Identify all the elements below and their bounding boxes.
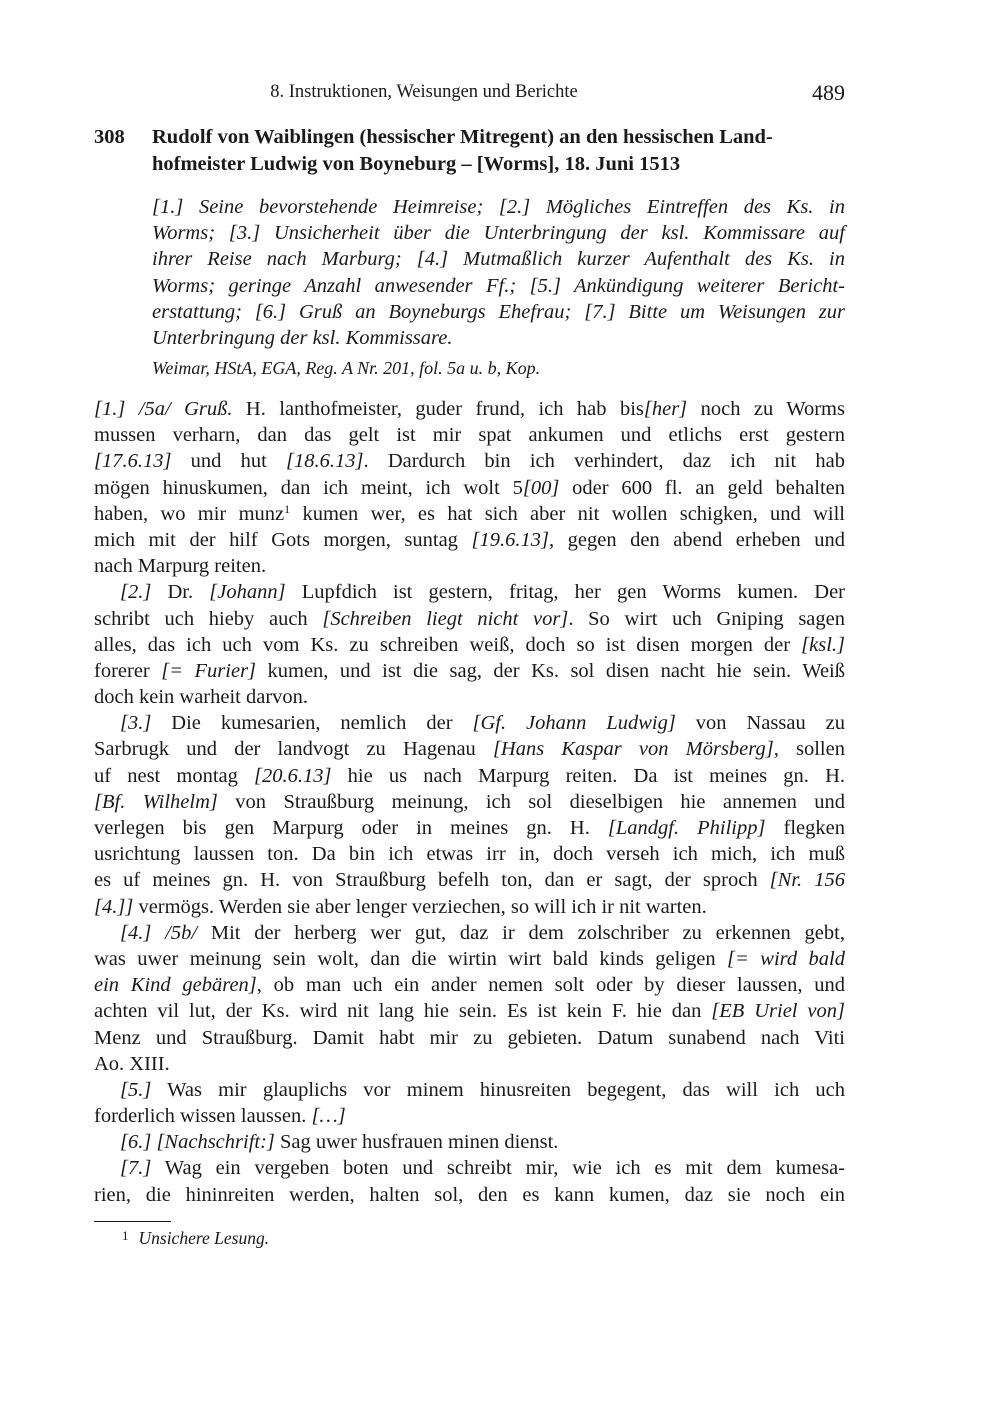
editorial-annotation: [Gf. Johann Ludwig] [473, 712, 676, 734]
letter-text: kumen wer, es hat sich aber nit wollen s… [290, 503, 845, 525]
body-line: rien, die hininreiten werden, halten sol… [94, 1182, 845, 1208]
letter-text: Sarbrugk und der landvogt zu Hagenau [94, 738, 493, 760]
regest-line: erstattung; [6.] Gruß an Boyneburgs Ehef… [152, 299, 845, 325]
letter-text: verlegen bis gen Marpurg oder in meines … [94, 817, 608, 839]
regest-line: Worms; [3.] Unsicherheit über die Unterb… [152, 220, 845, 246]
document-title: Rudolf von Waiblingen (hessischer Mitreg… [152, 124, 845, 178]
body-line: [3.] Die kumesarien, nemlich der [Gf. Jo… [94, 710, 845, 736]
editorial-annotation: [4.]] [94, 896, 133, 918]
letter-text: Ao. XIII. [94, 1053, 170, 1075]
editorial-annotation: [00] [523, 477, 559, 499]
editorial-annotation: [6.] [Nachschrift:] [120, 1131, 275, 1153]
letter-text: von Straußburg meinung, ich sol dieselbi… [218, 791, 845, 813]
letter-text: forderlich wissen laussen. [94, 1105, 311, 1127]
editorial-annotation: [= wird bald [727, 948, 845, 970]
editorial-annotation: [17.6.13] [94, 450, 171, 472]
letter-text: mussen verharn, dan das gelt ist mir spa… [94, 424, 845, 446]
editorial-annotation: [18.6.13] [286, 450, 363, 472]
letter-text: , sollen [774, 738, 845, 760]
letter-text: , ob man uch ein ander nemen solt oder b… [257, 974, 845, 996]
letter-text: Menz und Straußburg. Damit habt mir zu g… [94, 1027, 845, 1049]
letter-text: nach Marpurg reiten. [94, 555, 266, 577]
editorial-annotation: [7.] [120, 1157, 151, 1179]
letter-text: Lupfdich ist gestern, fritag, her gen Wo… [286, 581, 845, 603]
editorial-annotation: [Hans Kaspar von Mörsberg] [493, 738, 774, 760]
letter-text: Sag uwer husfrauen minen dienst. [275, 1131, 559, 1153]
body-line: Ao. XIII. [94, 1051, 845, 1077]
body-line: uf nest montag [20.6.13] hie us nach Mar… [94, 763, 845, 789]
letter-text: doch kein warheit darvon. [94, 686, 308, 708]
editorial-annotation: [3.] [120, 712, 151, 734]
body-line: [1.] /5a/ Gruß. H. lanthofmeister, guder… [94, 396, 845, 422]
letter-text: kumen, und ist die sag, der Ks. sol dise… [256, 660, 845, 682]
body-line: [2.] Dr. [Johann] Lupfdich ist gestern, … [94, 579, 845, 605]
editorial-annotation: [her] [644, 398, 687, 420]
footnote-number: 1 [122, 1228, 129, 1243]
editorial-annotation: [Schreiben liegt nicht vor] [322, 608, 568, 630]
editorial-annotation: […] [311, 1105, 345, 1127]
document-number: 308 [94, 124, 125, 151]
body-line: mussen verharn, dan das gelt ist mir spa… [94, 422, 845, 448]
letter-text: schribt uch hieby auch [94, 608, 322, 630]
editorial-annotation: [1.] /5a/ Gruß. [94, 398, 232, 420]
regest-summary: [1.] Seine bevorstehende Heimreise; [2.]… [152, 194, 845, 351]
editorial-annotation: [2.] [120, 581, 151, 603]
body-line: Sarbrugk und der landvogt zu Hagenau [Ha… [94, 736, 845, 762]
letter-text: oder 600 fl. an geld behalten [559, 477, 845, 499]
letter-text: rien, die hininreiten werden, halten sol… [94, 1184, 845, 1206]
document-title-line: hofmeister Ludwig von Boyneburg – [Worms… [152, 151, 845, 178]
letter-text: und hut [171, 450, 286, 472]
editorial-annotation: [5.] [120, 1079, 151, 1101]
letter-text: , gegen den abend erheben und [549, 529, 845, 551]
regest-line: Worms; geringe Anzahl anwesender Ff.; [5… [152, 273, 845, 299]
letter-text: . So wirt uch Gniping sagen [568, 608, 845, 630]
footnote-divider [94, 1221, 171, 1222]
body-line: [5.] Was mir glauplichs vor minem hinusr… [94, 1077, 845, 1103]
body-line: [4.] /5b/ Mit der herberg wer gut, daz i… [94, 920, 845, 946]
editorial-annotation: [19.6.13] [472, 529, 549, 551]
letter-text: Dr. [151, 581, 209, 603]
letter-text: Mit der herberg wer gut, daz ir dem zols… [197, 922, 845, 944]
editorial-annotation: [EB Uriel von] [711, 1000, 845, 1022]
letter-text: usrichtung laussen ton. Da bin ich etwas… [94, 843, 845, 865]
document-title-line: Rudolf von Waiblingen (hessischer Mitreg… [152, 124, 845, 151]
editorial-annotation: ein Kind gebären] [94, 974, 257, 996]
footnote: 1Unsichere Lesung. [122, 1228, 269, 1249]
letter-text: Wag ein vergeben boten und schreibt mir,… [151, 1157, 845, 1179]
body-line: es uf meines gn. H. von Straußburg befel… [94, 867, 845, 893]
body-line: usrichtung laussen ton. Da bin ich etwas… [94, 841, 845, 867]
body-line: achten vil lut, der Ks. wird nit lang hi… [94, 998, 845, 1024]
letter-text: hie us nach Marpurg reiten. Da ist meine… [332, 765, 846, 787]
letter-text: vermögs. Werden sie aber lenger verziech… [133, 896, 706, 918]
editorial-annotation: [Johann] [209, 581, 285, 603]
page-number: 489 [812, 80, 845, 106]
body-line: schribt uch hieby auch [Schreiben liegt … [94, 606, 845, 632]
letter-text: achten vil lut, der Ks. wird nit lang hi… [94, 1000, 711, 1022]
letter-text: mögen hinuskumen, dan ich meint, ich wol… [94, 477, 523, 499]
letter-text: forerer [94, 660, 161, 682]
body-line: doch kein warheit darvon. [94, 684, 845, 710]
editorial-annotation: [ksl.] [801, 634, 845, 656]
running-head: 8. Instruktionen, Weisungen und Berichte… [94, 80, 845, 106]
running-title: 8. Instruktionen, Weisungen und Berichte [94, 82, 754, 103]
editorial-annotation: [20.6.13] [254, 765, 331, 787]
editorial-annotation: [Nr. 156 [770, 869, 845, 891]
body-line: verlegen bis gen Marpurg oder in meines … [94, 815, 845, 841]
letter-text: Die kumesarien, nemlich der [151, 712, 472, 734]
body-line: nach Marpurg reiten. [94, 553, 845, 579]
body-line: mögen hinuskumen, dan ich meint, ich wol… [94, 475, 845, 501]
body-line: [4.]] vermögs. Werden sie aber lenger ve… [94, 894, 845, 920]
letter-text: H. lanthofmeister, guder frund, ich hab … [232, 398, 643, 420]
letter-text: mich mit der hilf Gots morgen, suntag [94, 529, 472, 551]
letter-text: . Dardurch bin ich verhindert, daz ich n… [364, 450, 846, 472]
letter-text: von Nassau zu [676, 712, 845, 734]
body-line: Menz und Straußburg. Damit habt mir zu g… [94, 1025, 845, 1051]
body-line: ein Kind gebären], ob man uch ein ander … [94, 972, 845, 998]
footnote-text: Unsichere Lesung. [139, 1228, 270, 1248]
body-line: forderlich wissen laussen. […] [94, 1103, 845, 1129]
body-line: [17.6.13] und hut [18.6.13]. Dardurch bi… [94, 448, 845, 474]
body-line: [Bf. Wilhelm] von Straußburg meinung, ic… [94, 789, 845, 815]
regest-line: Unterbringung der ksl. Kommissare. [152, 325, 845, 351]
letter-text: flegken [765, 817, 845, 839]
letter-text: Was mir glauplichs vor minem hinusreiten… [151, 1079, 845, 1101]
regest-line: [1.] Seine bevorstehende Heimreise; [2.]… [152, 194, 845, 220]
source-citation: Weimar, HStA, EGA, Reg. A Nr. 201, fol. … [152, 358, 540, 379]
editorial-annotation: [= Furier] [161, 660, 256, 682]
body-line: alles, das ich uch vom Ks. zu schreiben … [94, 632, 845, 658]
letter-text: alles, das ich uch vom Ks. zu schreiben … [94, 634, 801, 656]
letter-text: es uf meines gn. H. von Straußburg befel… [94, 869, 770, 891]
regest-line: ihrer Reise nach Marburg; [4.] Mutmaßlic… [152, 246, 845, 272]
letter-text: uf nest montag [94, 765, 254, 787]
letter-text: was uwer meinung sein wolt, dan die wirt… [94, 948, 727, 970]
editorial-annotation: [Bf. Wilhelm] [94, 791, 218, 813]
body-line: mich mit der hilf Gots morgen, suntag [1… [94, 527, 845, 553]
body-line: forerer [= Furier] kumen, und ist die sa… [94, 658, 845, 684]
editorial-annotation: [4.] /5b/ [120, 922, 197, 944]
body-line: was uwer meinung sein wolt, dan die wirt… [94, 946, 845, 972]
letter-text: haben, wo mir munz [94, 503, 284, 525]
editorial-annotation: [Landgf. Philipp] [608, 817, 766, 839]
letter-body: [1.] /5a/ Gruß. H. lanthofmeister, guder… [94, 396, 845, 1208]
letter-text: noch zu Worms [687, 398, 845, 420]
body-line: [6.] [Nachschrift:] Sag uwer husfrauen m… [94, 1129, 845, 1155]
body-line: [7.] Wag ein vergeben boten und schreibt… [94, 1155, 845, 1181]
body-line: haben, wo mir munz1 kumen wer, es hat si… [94, 501, 845, 527]
